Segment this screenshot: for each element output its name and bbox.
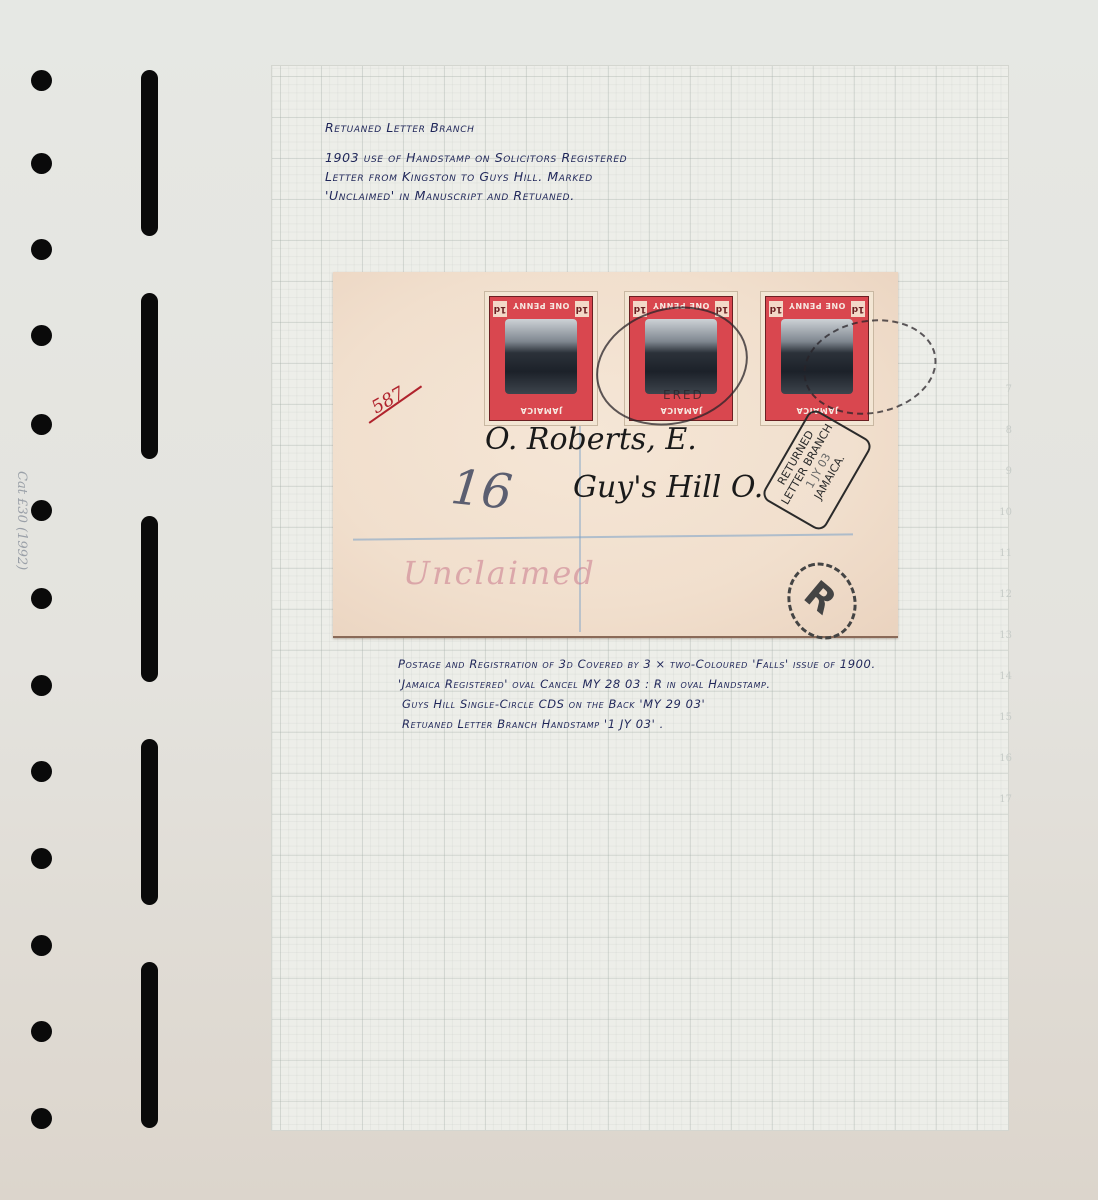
grid-scale-number: 15: [999, 712, 1012, 723]
stamp-jamaica-1d: 1d 1d ONE PENNY JAMAICA: [485, 292, 597, 425]
punch-hole: [31, 414, 52, 435]
intro-line: 1903 use of Handstamp on Solicitors Regi…: [325, 148, 627, 167]
falls-vignette: [505, 319, 577, 394]
grid-scale-number: 7: [1006, 384, 1012, 395]
binder-slot: [141, 70, 158, 236]
grid-scale-number: 12: [999, 589, 1012, 600]
stamp-value-label: ONE PENNY: [490, 301, 592, 310]
grid-scale-number: 17: [999, 794, 1012, 805]
punch-hole: [31, 761, 52, 782]
page-title: Retuaned Letter Branch: [325, 118, 474, 137]
binder-slot: [141, 293, 158, 459]
address-name: O. Roberts, E.: [485, 422, 697, 457]
returned-letter-branch-handstamp: RETURNED LETTER BRANCH 1 JY 03 JAMAICA.: [760, 407, 874, 533]
cancel-text: ERED: [663, 388, 704, 402]
punch-hole: [31, 239, 52, 260]
intro-line: Letter from Kingston to Guys Hill. Marke…: [325, 167, 627, 186]
punch-hole: [31, 588, 52, 609]
caption-line: 'Jamaica Registered' oval Cancel MY 28 0…: [398, 674, 876, 694]
caption-line: Postage and Registration of 3d Covered b…: [398, 654, 876, 674]
grid-scale-number: 9: [1006, 466, 1012, 477]
address-town: Guy's Hill O.: [573, 470, 763, 505]
caption-line: Retuaned Letter Branch Handstamp '1 JY 0…: [398, 714, 876, 734]
punch-hole: [31, 1021, 52, 1042]
stamp-value-label: ONE PENNY: [766, 301, 868, 310]
punch-hole: [31, 848, 52, 869]
binder-slot: [141, 516, 158, 682]
grid-scale-number: 13: [999, 630, 1012, 641]
unclaimed-manuscript: Unclaimed: [403, 554, 596, 592]
punch-hole: [31, 1108, 52, 1129]
grid-scale-number: 8: [1006, 425, 1012, 436]
registered-cover: 1d 1d ONE PENNY JAMAICA 1d 1d ONE PENNY …: [333, 272, 898, 638]
punch-hole: [31, 935, 52, 956]
punch-hole: [31, 153, 52, 174]
r-oval-handstamp: R: [777, 553, 868, 650]
grid-scale-number: 11: [999, 548, 1012, 559]
fee-mark: 16: [448, 459, 515, 521]
binder-slot: [141, 739, 158, 905]
binder-slot: [141, 962, 158, 1128]
caption-line: Guys Hill Single-Circle CDS on the Back …: [398, 694, 876, 714]
grid-scale-number: 10: [999, 507, 1012, 518]
grid-scale-number: 16: [999, 753, 1012, 764]
punch-hole: [31, 70, 52, 91]
intro-text: 1903 use of Handstamp on Solicitors Regi…: [325, 148, 627, 205]
grid-scale-number: 14: [999, 671, 1012, 682]
margin-catalogue-note: Cat £30 (1992): [11, 471, 29, 591]
stamp-country: JAMAICA: [490, 406, 592, 415]
punch-hole: [31, 500, 52, 521]
punch-hole: [31, 325, 52, 346]
registration-letter: R: [796, 573, 844, 622]
registration-line: [353, 533, 853, 540]
punch-hole: [31, 675, 52, 696]
caption-text: Postage and Registration of 3d Covered b…: [398, 654, 876, 734]
intro-line: 'Unclaimed' in Manuscript and Retuaned.: [325, 186, 627, 205]
reference-number: 587: [368, 383, 408, 418]
